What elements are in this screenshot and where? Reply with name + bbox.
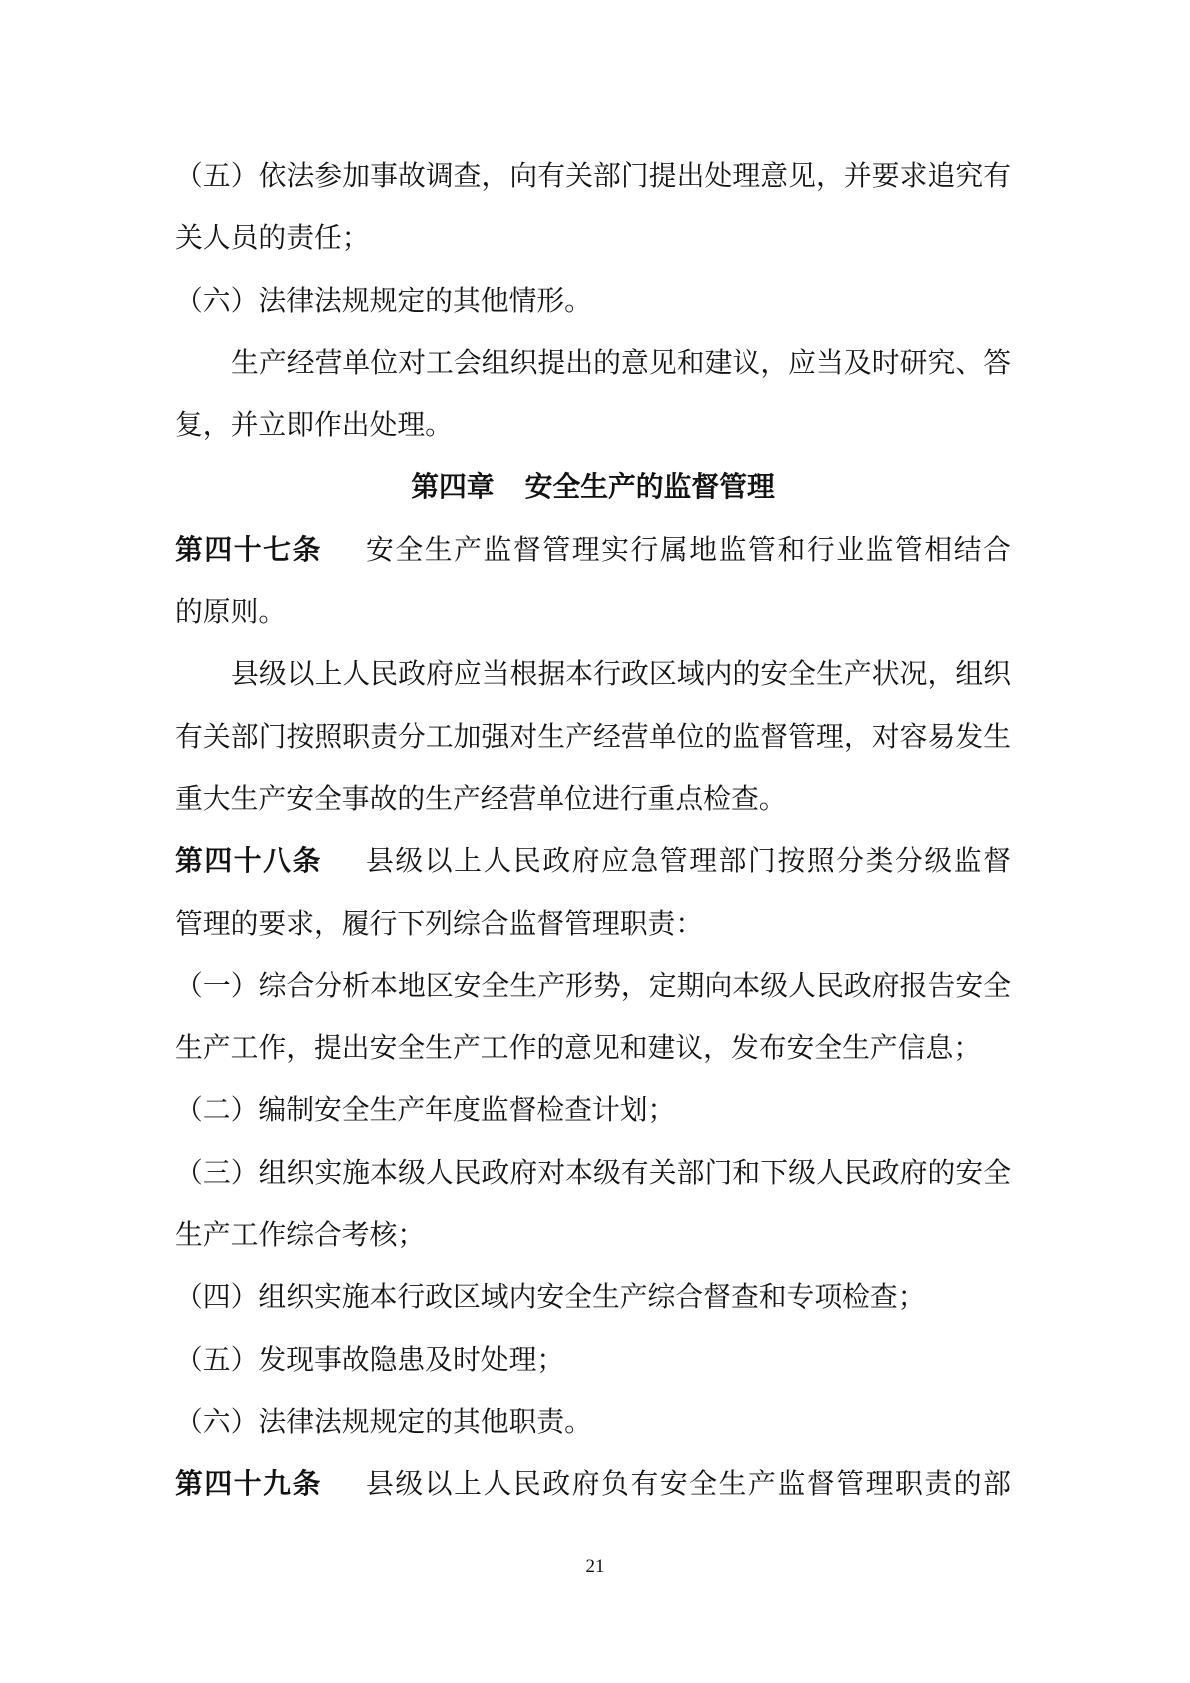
- text-line: （四）组织实施本行政区域内安全生产综合督查和专项检查；: [175, 1267, 1011, 1329]
- text-segment: 生产工作，提出安全生产工作的意见和建议，发布安全生产信息；: [175, 1033, 981, 1064]
- text-segment: 的原则。: [175, 597, 286, 628]
- text-segment: （二）编制安全生产年度监督检查计划；: [175, 1095, 675, 1126]
- document-page: （五）依法参加事故调查，向有关部门提出处理意见，并要求追究有关人员的责任；（六）…: [0, 0, 1190, 1683]
- text-segment: （五）发现事故隐患及时处理；: [175, 1345, 564, 1376]
- bold-text-segment: 第四十七条: [175, 535, 322, 566]
- text-line: 县级以上人民政府应当根据本行政区域内的安全生产状况，组织: [175, 644, 1011, 706]
- text-segment: 县级以上人民政府应急管理部门按照分类分级监督: [366, 846, 1011, 877]
- text-segment: 关人员的责任；: [175, 223, 370, 254]
- text-line: 有关部门按照职责分工加强对生产经营单位的监督管理，对容易发生: [175, 707, 1011, 769]
- text-segment: （三）组织实施本级人民政府对本级有关部门和下级人民政府的安全: [175, 1158, 1011, 1189]
- text-segment: 有关部门按照职责分工加强对生产经营单位的监督管理，对容易发生: [175, 722, 1011, 753]
- text-segment: （六）法律法规规定的其他情形。: [175, 286, 592, 317]
- text-segment: 复，并立即作出处理。: [175, 410, 453, 441]
- bold-text-segment: 安全生产的监督管理: [525, 472, 775, 503]
- article-line: 第四十七条安全生产监督管理实行属地监管和行业监管相结合: [175, 520, 1011, 582]
- text-line: （三）组织实施本级人民政府对本级有关部门和下级人民政府的安全: [175, 1143, 1011, 1205]
- text-segment: （六）法律法规规定的其他职责。: [175, 1407, 592, 1438]
- text-line: 复，并立即作出处理。: [175, 395, 1011, 457]
- bold-text-segment: 第四十九条: [175, 1469, 322, 1500]
- text-segment: 生产经营单位对工会组织提出的意见和建议，应当及时研究、答: [231, 348, 1011, 379]
- text-line: 重大生产安全事故的生产经营单位进行重点检查。: [175, 769, 1011, 831]
- text-line: （二）编制安全生产年度监督检查计划；: [175, 1080, 1011, 1142]
- text-line: 生产经营单位对工会组织提出的意见和建议，应当及时研究、答: [175, 333, 1011, 395]
- bold-text-segment: 第四章: [411, 472, 494, 503]
- text-segment: 管理的要求，履行下列综合监督管理职责：: [175, 909, 703, 940]
- text-line: （六）法律法规规定的其他情形。: [175, 271, 1011, 333]
- chapter-heading: 第四章安全生产的监督管理: [175, 457, 1011, 519]
- text-segment: 县级以上人民政府应当根据本行政区域内的安全生产状况，组织: [231, 659, 1011, 690]
- text-segment: （四）组织实施本行政区域内安全生产综合督查和专项检查；: [175, 1282, 926, 1313]
- text-segment: 重大生产安全事故的生产经营单位进行重点检查。: [175, 784, 787, 815]
- text-line: 生产工作综合考核；: [175, 1205, 1011, 1267]
- text-segment: 生产工作综合考核；: [175, 1220, 425, 1251]
- text-line: （五）依法参加事故调查，向有关部门提出处理意见，并要求追究有: [175, 146, 1011, 208]
- text-line: （一）综合分析本地区安全生产形势，定期向本级人民政府报告安全: [175, 956, 1011, 1018]
- text-line: （五）发现事故隐患及时处理；: [175, 1330, 1011, 1392]
- text-line: 的原则。: [175, 582, 1011, 644]
- text-line: 管理的要求，履行下列综合监督管理职责：: [175, 894, 1011, 956]
- text-segment: （五）依法参加事故调查，向有关部门提出处理意见，并要求追究有: [175, 161, 1011, 192]
- article-line: 第四十九条县级以上人民政府负有安全生产监督管理职责的部: [175, 1454, 1011, 1516]
- page-number: 21: [0, 1556, 1190, 1578]
- article-line: 第四十八条县级以上人民政府应急管理部门按照分类分级监督: [175, 831, 1011, 893]
- text-line: （六）法律法规规定的其他职责。: [175, 1392, 1011, 1454]
- text-line: 生产工作，提出安全生产工作的意见和建议，发布安全生产信息；: [175, 1018, 1011, 1080]
- text-segment: （一）综合分析本地区安全生产形势，定期向本级人民政府报告安全: [175, 971, 1011, 1002]
- bold-text-segment: 第四十八条: [175, 846, 322, 877]
- text-line: 关人员的责任；: [175, 208, 1011, 270]
- text-segment: 县级以上人民政府负有安全生产监督管理职责的部: [366, 1469, 1011, 1500]
- text-column: （五）依法参加事故调查，向有关部门提出处理意见，并要求追究有关人员的责任；（六）…: [175, 146, 1011, 1517]
- text-segment: 安全生产监督管理实行属地监管和行业监管相结合: [366, 535, 1011, 566]
